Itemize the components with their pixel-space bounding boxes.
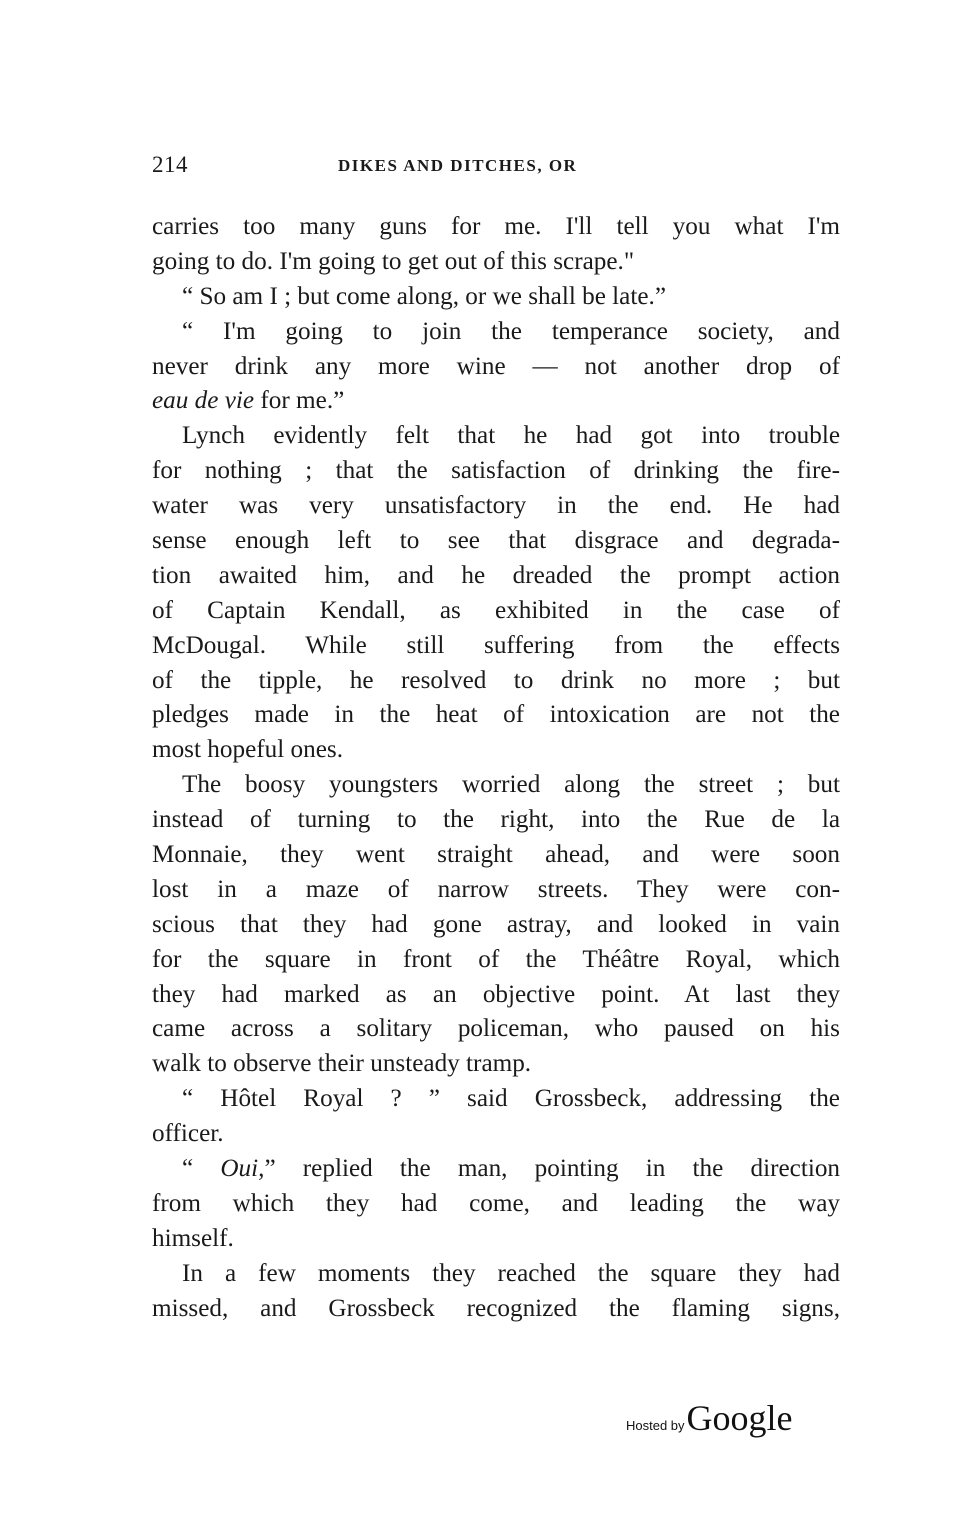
text-line: of Captain Kendall, as exhibited in the … [152,594,840,629]
body-text: carries too many guns for me. I'll tell … [152,210,840,1327]
text-line: instead of turning to the right, into th… [152,803,840,838]
text-line: pledges made in the heat of intoxication… [152,698,840,733]
text-line: going to do. I'm going to get out of thi… [152,245,840,280]
text-line: lost in a maze of narrow streets. They w… [152,873,840,908]
text-line: “ Oui,” replied the man, pointing in the… [152,1152,840,1187]
text-line: Monnaie, they went straight ahead, and w… [152,838,840,873]
text-line: for the square in front of the Théâtre R… [152,943,840,978]
text-line: In a few moments they reached the square… [152,1257,840,1292]
page-header: 214 DIKES AND DITCHES, OR [152,152,842,182]
text-line: “ I'm going to join the temperance socie… [152,315,840,350]
text-fragment: ” replied the man, pointing in the direc… [264,1155,840,1182]
hosted-by-google-watermark: Hosted by Google [626,1397,793,1447]
text-line: they had marked as an objective point. A… [152,978,840,1013]
text-fragment: “ [182,1155,220,1182]
text-line: Lynch evidently felt that he had got int… [152,419,840,454]
text-line: walk to observe their unsteady tramp. [152,1047,840,1082]
text-line: The boosy youngsters worried along the s… [152,768,840,803]
hosted-by-label: Hosted by [626,1418,685,1433]
text-line: missed, and Grossbeck recognized the fla… [152,1292,840,1327]
running-head: DIKES AND DITCHES, OR [338,156,577,176]
text-line: McDougal. While still suffering from the… [152,629,840,664]
text-line: carries too many guns for me. I'll tell … [152,210,840,245]
page-number: 214 [152,152,188,178]
text-line: “ So am I ; but come along, or we shall … [152,280,840,315]
text-line: most hopeful ones. [152,733,840,768]
text-line: water was very unsatisfactory in the end… [152,489,840,524]
text-line: scious that they had gone astray, and lo… [152,908,840,943]
text-fragment: for me.” [254,387,344,414]
text-line: of the tipple, he resolved to drink no m… [152,664,840,699]
italic-phrase: Oui, [220,1155,264,1182]
text-line: from which they had come, and leading th… [152,1187,840,1222]
text-line: tion awaited him, and he dreaded the pro… [152,559,840,594]
text-line: officer. [152,1117,840,1152]
google-logo: Google [687,1397,793,1439]
book-page: 214 DIKES AND DITCHES, OR carries too ma… [0,0,976,1515]
italic-phrase: eau de vie [152,387,254,414]
text-line: for nothing ; that the satisfaction of d… [152,454,840,489]
text-line: eau de vie for me.” [152,384,840,419]
text-line: himself. [152,1222,840,1257]
text-line: sense enough left to see that disgrace a… [152,524,840,559]
text-line: never drink any more wine — not another … [152,350,840,385]
text-line: “ Hôtel Royal ? ” said Grossbeck, addres… [152,1082,840,1117]
text-line: came across a solitary policeman, who pa… [152,1012,840,1047]
